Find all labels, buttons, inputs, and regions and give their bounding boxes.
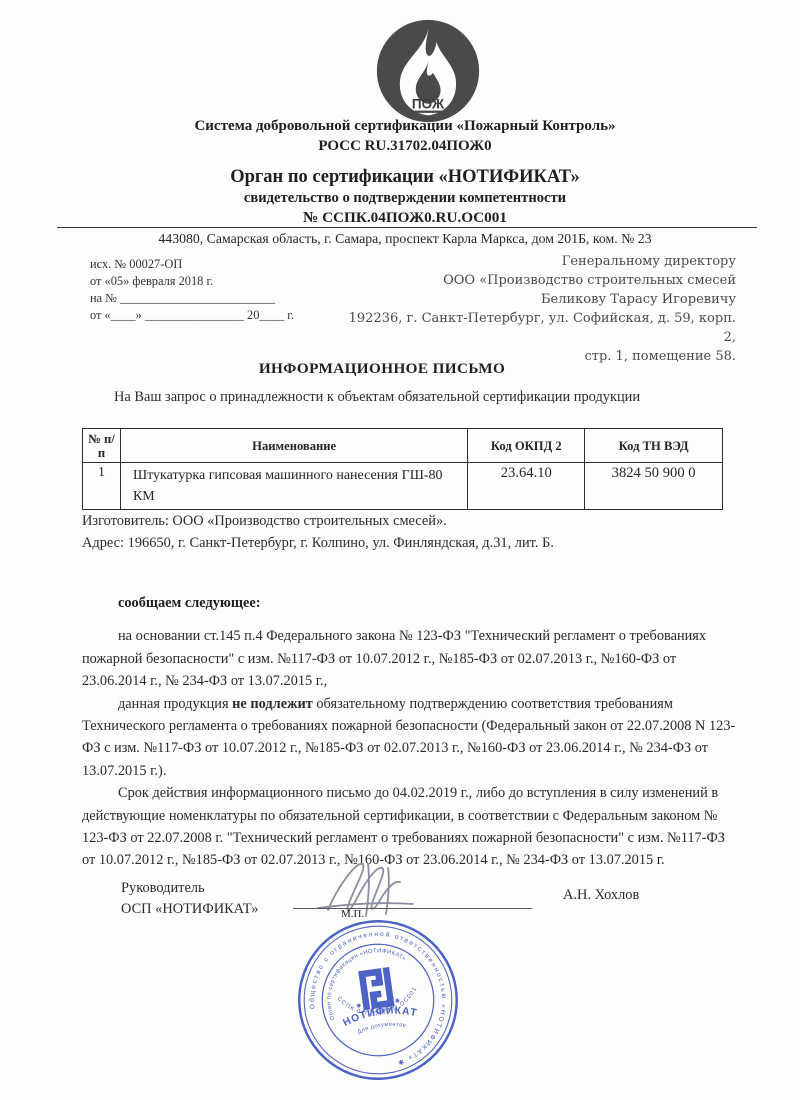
org-address: 443080, Самарская область, г. Самара, пр… [60,231,750,247]
competence-certificate-number: № ССПК.04ПОЖ0.RU.ОС001 [60,208,750,227]
incoming-date-blank: от «____» ________________ 20____ г. [90,307,294,324]
company-round-stamp: Общество с ограниченной ответственностью… [285,907,470,1092]
signer-name: А.Н. Хохлов [563,887,639,904]
reference-block: исх. № 00027-ОП от «05» февраля 2018 г. … [90,256,294,324]
logo-subtext-bar [414,111,441,113]
letter-body: сообщаем следующее: на основании ст.145 … [82,592,739,872]
recipient-address-1: 192236, г. Санкт-Петербург, ул. Софийска… [336,309,736,347]
flame-icon: ПОЖ [370,16,486,126]
cell-row-number: 1 [83,463,121,510]
incoming-number-blank: на № _________________________ [90,290,294,307]
header-divider [57,227,757,228]
stamp-place-label: М.П. [341,908,364,920]
signer-role: Руководитель ОСП «НОТИФИКАТ» [121,878,258,919]
stamp-h-logo-icon [361,967,391,1009]
recipient-company: ООО «Производство строительных смесей [336,271,736,290]
handwritten-signature [288,858,538,918]
outgoing-number: исх. № 00027-ОП [90,256,294,273]
letter-title: ИНФОРМАЦИОННОЕ ПИСЬМО [82,360,682,378]
cell-okpd-code: 23.64.10 [468,463,585,510]
table-row: 1 Штукатурка гипсовая машинного нанесени… [83,463,723,510]
conclusion-bold: не подлежит [232,696,313,712]
certification-system-line: Система добровольной сертификации «Пожар… [60,116,750,136]
signature-line [293,908,532,909]
svg-text:Для документов: Для документов [356,1019,407,1036]
col-header-name: Наименование [120,429,467,463]
fire-control-logo: ПОЖ [370,16,486,126]
ross-number: РОСС RU.31702.04ПОЖ0 [60,136,750,156]
recipient-title: Генеральному директору [336,252,736,271]
signer-role-line1: Руководитель [121,878,258,899]
certification-body-name: Орган по сертификации «НОТИФИКАТ» [60,165,750,189]
product-table: № п/п Наименование Код ОКПД 2 Код ТН ВЭД… [82,428,723,510]
letterhead: Система добровольной сертификации «Пожар… [60,116,750,227]
outgoing-date: от «05» февраля 2018 г. [90,273,294,290]
recipient-block: Генеральному директору ООО «Производство… [336,252,736,366]
col-header-number: № п/п [83,429,121,463]
manufacturer-block: Изготовитель: ООО «Производство строител… [82,511,742,554]
logo-text: ПОЖ [412,97,445,112]
report-heading: сообщаем следующее: [118,592,739,614]
document-page: ПОЖ Система добровольной сертификации «П… [0,0,800,1100]
paragraph-legal-basis: на основании ст.145 п.4 Федерального зак… [82,625,739,692]
col-header-tnved: Код ТН ВЭД [585,429,723,463]
competence-certificate-line: свидетельство о подтверждении компетентн… [60,189,750,208]
signer-role-line2: ОСП «НОТИФИКАТ» [121,899,258,920]
stamp-icon: Общество с ограниченной ответственностью… [285,907,470,1092]
col-header-okpd: Код ОКПД 2 [468,429,585,463]
conclusion-pre: данная продукция [118,696,232,712]
stamp-purpose-text: Для документов [356,1019,407,1036]
paragraph-conclusion: данная продукция не подлежит обязательно… [82,693,739,783]
recipient-person: Беликову Тарасу Игоревичу [336,290,736,309]
cell-product-name: Штукатурка гипсовая машинного нанесения … [120,463,467,510]
manufacturer-address-line: Адрес: 196650, г. Санкт-Петербург, г. Ко… [82,533,742,555]
letter-intro: На Ваш запрос о принадлежности к объекта… [82,389,742,406]
table-header-row: № п/п Наименование Код ОКПД 2 Код ТН ВЭД [83,429,723,463]
manufacturer-line: Изготовитель: ООО «Производство строител… [82,511,742,533]
cell-tnved-code: 3824 50 900 0 [585,463,723,510]
